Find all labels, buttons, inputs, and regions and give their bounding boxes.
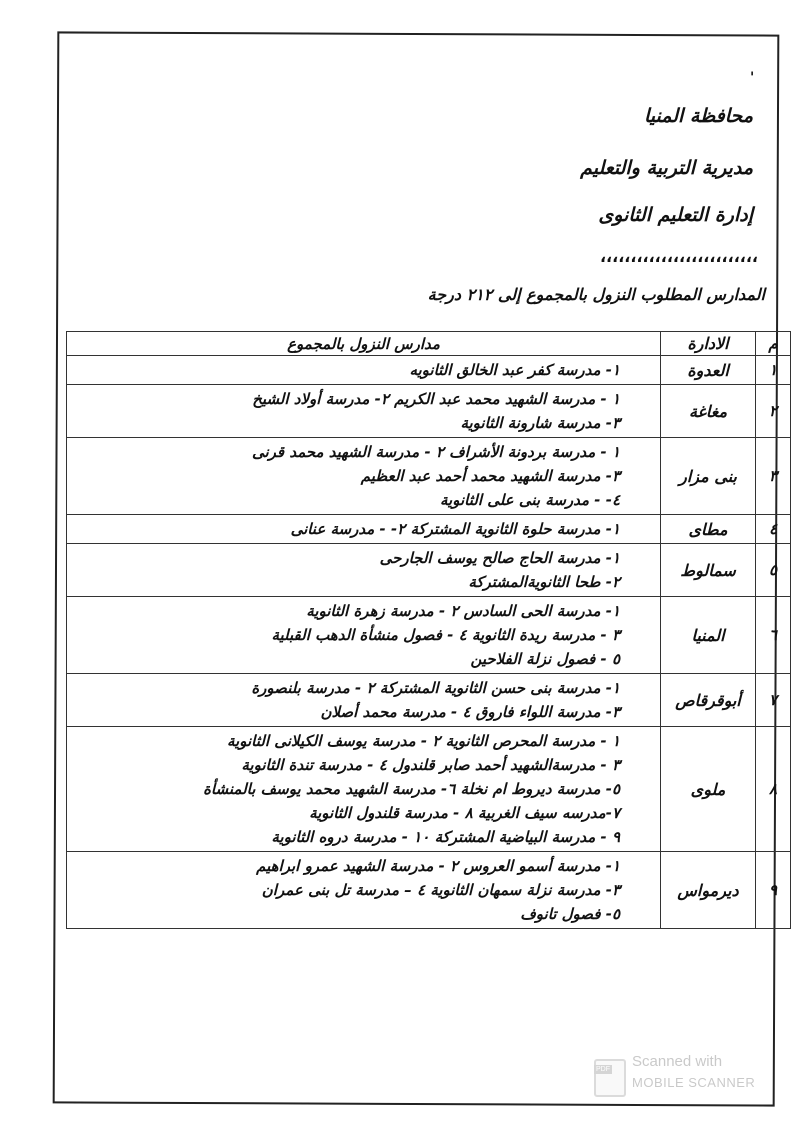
- table-row: ٨ملوى١ - مدرسة المحرص الثانوية ٢ - مدرسة…: [67, 727, 791, 852]
- document-subtitle: المدارس المطلوب النزول بالمجموع إلى ٢١٢ …: [428, 285, 765, 304]
- school-line: ١- مدرسة كفر عبد الخالق الثانويه: [73, 358, 620, 382]
- school-line: ٣ - مدرسةالشهيد أحمد صابر قلندول ٤ - مدر…: [73, 753, 620, 777]
- row-administration: ملوى: [661, 727, 756, 852]
- row-number: ٦: [756, 597, 791, 674]
- row-schools: ١- مدرسة بنى حسن الثانوية المشتركة ٢ - م…: [67, 674, 661, 727]
- school-line: ٣- مدرسة الشهيد محمد أحمد عبد العظيم: [73, 464, 620, 488]
- school-line: ٥- فصول تانوف: [73, 902, 620, 926]
- school-line: ٢- طحا الثانويةالمشتركة: [73, 570, 620, 594]
- row-administration: مطاى: [661, 515, 756, 544]
- table-row: ٧أبوقرقاص١- مدرسة بنى حسن الثانوية المشت…: [67, 674, 791, 727]
- row-number: ٤: [756, 515, 791, 544]
- school-line: ٣- مدرسة نزلة سمهان الثانوية ٤ – مدرسة ت…: [73, 878, 620, 902]
- row-number: ٨: [756, 727, 791, 852]
- table-row: ١العدوة١- مدرسة كفر عبد الخالق الثانويه: [67, 356, 791, 385]
- row-administration: بنى مزار: [661, 438, 756, 515]
- school-line: ٥- مدرسة ديروط ام نخلة ٦- مدرسة الشهيد م…: [73, 777, 620, 801]
- row-schools: ١- مدرسة كفر عبد الخالق الثانويه: [67, 356, 661, 385]
- school-line: ١ - مدرسة المحرص الثانوية ٢ - مدرسة يوسف…: [73, 729, 620, 753]
- row-administration: سمالوط: [661, 544, 756, 597]
- row-schools: ١- مدرسة الحاج صالح يوسف الجارحى٢- طحا ا…: [67, 544, 661, 597]
- table-row: ٤مطاى١- مدرسة حلوة الثانوية المشتركة ٢- …: [67, 515, 791, 544]
- table-row: ٦المنيا١- مدرسة الحى السادس ٢ - مدرسة زه…: [67, 597, 791, 674]
- watermark-line2: MOBILE SCANNER: [632, 1075, 755, 1090]
- row-number: ٣: [756, 438, 791, 515]
- table-header-row: م الادارة مدارس النزول بالمجموع: [67, 332, 791, 356]
- row-schools: ١ - مدرسة المحرص الثانوية ٢ - مدرسة يوسف…: [67, 727, 661, 852]
- table-row: ٥سمالوط١- مدرسة الحاج صالح يوسف الجارحى٢…: [67, 544, 791, 597]
- school-line: ١ - مدرسة بردونة الأشراف ٢ - مدرسة الشهي…: [73, 440, 620, 464]
- table-body: ١العدوة١- مدرسة كفر عبد الخالق الثانويه٢…: [67, 356, 791, 929]
- stray-mark: ': [750, 70, 754, 86]
- table-row: ٢مغاغة١ - مدرسة الشهيد محمد عبد الكريم ٢…: [67, 385, 791, 438]
- school-line: ٣ - مدرسة ريدة الثانوية ٤ - فصول منشأة ا…: [73, 623, 620, 647]
- row-number: ٥: [756, 544, 791, 597]
- row-administration: ديرمواس: [661, 852, 756, 929]
- header-admin: الادارة: [661, 332, 756, 356]
- school-line: ١ - مدرسة الشهيد محمد عبد الكريم ٢- مدرس…: [73, 387, 620, 411]
- row-schools: ١- مدرسة الحى السادس ٢ - مدرسة زهرة الثا…: [67, 597, 661, 674]
- school-line: ١- مدرسة حلوة الثانوية المشتركة ٢- - مدر…: [73, 517, 620, 541]
- school-line: ٣- مدرسة اللواء فاروق ٤ - مدرسة محمد أصل…: [73, 700, 620, 724]
- table-row: ٩ديرمواس١- مدرسة أسمو العروس ٢ - مدرسة ا…: [67, 852, 791, 929]
- row-administration: العدوة: [661, 356, 756, 385]
- school-line: ٧-مدرسه سيف الغربية ٨ - مدرسة قلندول الث…: [73, 801, 620, 825]
- scanner-watermark: PDF Scanned with MOBILE SCANNER: [594, 1053, 774, 1098]
- school-line: ١- مدرسة بنى حسن الثانوية المشتركة ٢ - م…: [73, 676, 620, 700]
- row-administration: المنيا: [661, 597, 756, 674]
- row-schools: ١- مدرسة أسمو العروس ٢ - مدرسة الشهيد عم…: [67, 852, 661, 929]
- school-line: ٤- - مدرسة بنى على الثانوية: [73, 488, 620, 512]
- pdf-icon: PDF: [594, 1059, 626, 1097]
- row-number: ٧: [756, 674, 791, 727]
- row-schools: ١ - مدرسة بردونة الأشراف ٢ - مدرسة الشهي…: [67, 438, 661, 515]
- school-line: ٣- مدرسة شارونة الثانوية: [73, 411, 620, 435]
- school-line: ٩ - مدرسة البياضية المشتركة ١٠ - مدرسة د…: [73, 825, 620, 849]
- school-line: ٥ - فصول نزلة الفلاحين: [73, 647, 620, 671]
- row-schools: ١ - مدرسة الشهيد محمد عبد الكريم ٢- مدرس…: [67, 385, 661, 438]
- dotted-separator: ،،،،،،،،،،،،،،،،،،،،،،،،،،: [600, 247, 758, 266]
- row-number: ٩: [756, 852, 791, 929]
- watermark-line1: Scanned with: [632, 1053, 722, 1070]
- row-schools: ١- مدرسة حلوة الثانوية المشتركة ٢- - مدر…: [67, 515, 661, 544]
- header-num: م: [756, 332, 791, 356]
- directorate-heading: مديرية التربية والتعليم: [580, 157, 753, 179]
- governorate-heading: محافظة المنيا: [644, 105, 753, 127]
- school-line: ١- مدرسة الحى السادس ٢ - مدرسة زهرة الثا…: [73, 599, 620, 623]
- schools-table: م الادارة مدارس النزول بالمجموع ١العدوة١…: [66, 331, 791, 929]
- row-number: ٢: [756, 385, 791, 438]
- row-number: ١: [756, 356, 791, 385]
- school-line: ١- مدرسة الحاج صالح يوسف الجارحى: [73, 546, 620, 570]
- row-administration: مغاغة: [661, 385, 756, 438]
- department-heading: إدارة التعليم الثانوى: [598, 204, 753, 226]
- school-line: ١- مدرسة أسمو العروس ٢ - مدرسة الشهيد عم…: [73, 854, 620, 878]
- table-row: ٣بنى مزار١ - مدرسة بردونة الأشراف ٢ - مد…: [67, 438, 791, 515]
- row-administration: أبوقرقاص: [661, 674, 756, 727]
- header-schools: مدارس النزول بالمجموع: [67, 332, 661, 356]
